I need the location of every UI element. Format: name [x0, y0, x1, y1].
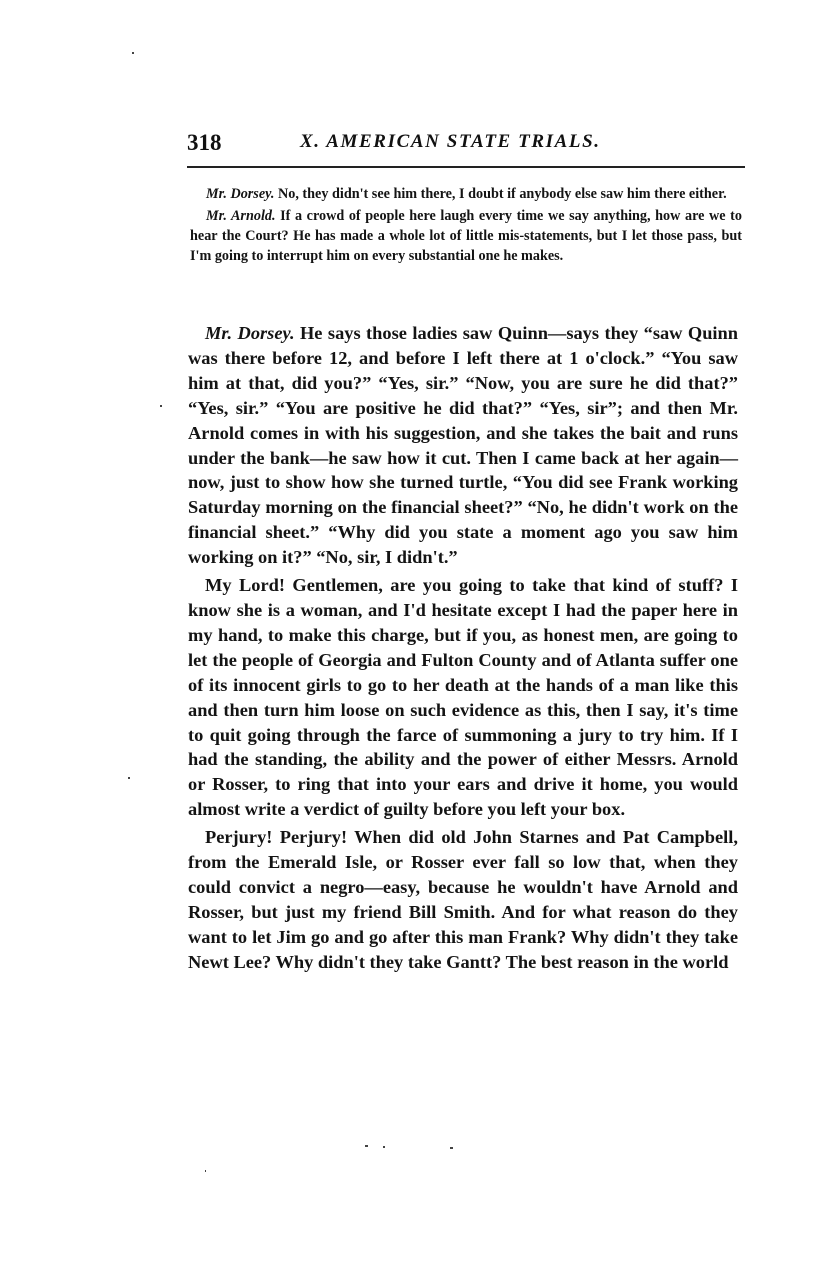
paragraph-arnold-objection: Mr. Arnold. If a crowd of people here la…: [190, 206, 742, 266]
speaker-label: Mr. Dorsey.: [205, 323, 295, 343]
scan-speck: [383, 1146, 385, 1148]
scan-speck: [132, 52, 134, 54]
book-page: 318 X. AMERICAN STATE TRIALS. Mr. Dorsey…: [0, 0, 836, 1284]
paragraph-my-lord: My Lord! Gentlemen, are you going to tak…: [188, 573, 738, 822]
paragraph-text: My Lord! Gentlemen, are you going to tak…: [188, 575, 738, 819]
scan-speck: [205, 1170, 206, 1172]
paragraph-dorsey-argument: Mr. Dorsey. He says those ladies saw Qui…: [188, 321, 738, 570]
running-title: X. AMERICAN STATE TRIALS.: [300, 131, 601, 153]
paragraph-text: Perjury! Perjury! When did old John Star…: [188, 827, 738, 972]
speaker-label: Mr. Dorsey.: [206, 186, 274, 202]
main-text-block: Mr. Dorsey. He says those ladies saw Qui…: [188, 321, 738, 975]
page-header: 318 X. AMERICAN STATE TRIALS.: [187, 130, 745, 164]
scan-speck: [128, 777, 130, 779]
header-rule: [187, 166, 745, 168]
paragraph-text: He says those ladies saw Quinn—says they…: [188, 323, 738, 567]
scan-speck: [365, 1145, 368, 1147]
scan-speck: [450, 1147, 453, 1149]
interjection-block: Mr. Dorsey. No, they didn't see him ther…: [190, 184, 742, 266]
paragraph-dorsey-interjection: Mr. Dorsey. No, they didn't see him ther…: [190, 184, 742, 204]
scan-speck: [160, 405, 162, 407]
paragraph-text: No, they didn't see him there, I doubt i…: [274, 186, 726, 202]
speaker-label: Mr. Arnold.: [206, 208, 276, 224]
page-number: 318: [187, 130, 222, 156]
paragraph-perjury: Perjury! Perjury! When did old John Star…: [188, 825, 738, 974]
